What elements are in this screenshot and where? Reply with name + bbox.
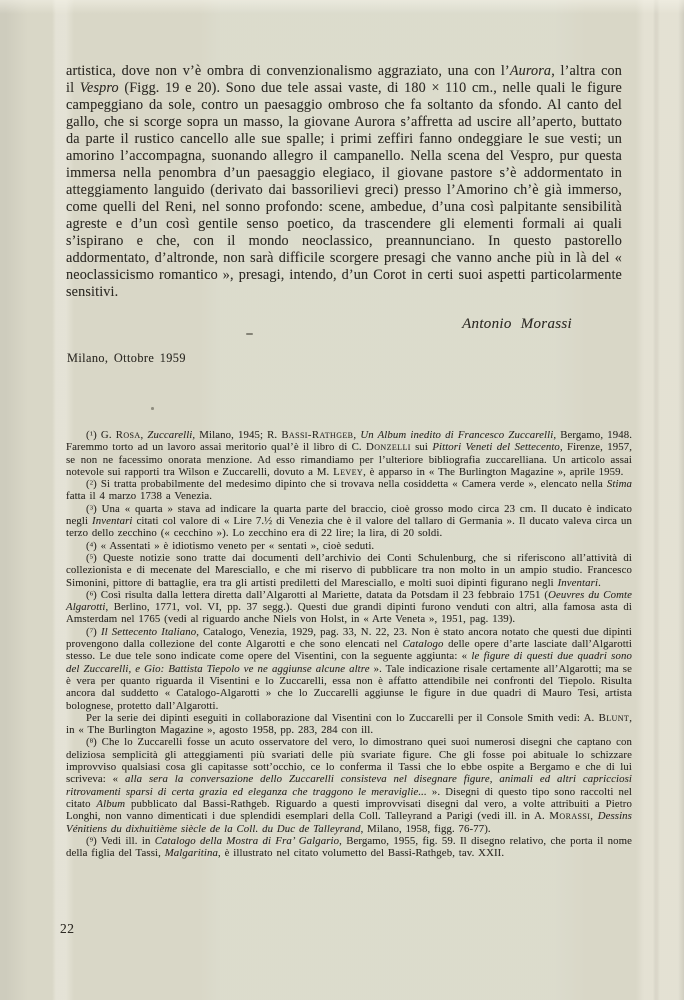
text-segment: Stima	[607, 478, 632, 490]
text-segment: 5	[90, 553, 93, 560]
scan-artifact-dot	[151, 407, 154, 410]
text-segment: 7	[90, 627, 93, 634]
footnote-paragraph: (6) Così risulta dalla lettera diretta d…	[66, 589, 632, 626]
text-segment: Levey	[333, 466, 363, 478]
text-segment: Bassi-Rathgeb	[281, 429, 353, 441]
text-segment: Oeuvres du Comte Algarotti	[66, 589, 632, 613]
text-segment: Blunt	[599, 712, 630, 724]
dateline: Milano, Ottobre 1959	[67, 351, 186, 366]
text-segment: Un Album inedito di Francesco Zuccarelli	[360, 429, 553, 441]
text-segment: Catalogo	[402, 638, 443, 650]
text-segment: alla sera la conversazione dello Zuccare…	[66, 773, 632, 797]
text-segment: 4	[90, 541, 93, 548]
text-segment: 9	[90, 836, 93, 843]
text-segment: Vespro	[80, 80, 119, 96]
text-segment: Pittori Veneti del Settecento	[432, 441, 560, 453]
text-segment: 2	[90, 480, 93, 487]
footnote-paragraph: (4) « Assentati » è idiotismo veneto per…	[66, 540, 632, 552]
text-segment: le figure di questi due quadri sono del …	[66, 650, 632, 674]
text-segment: Album	[96, 798, 125, 810]
text-segment: Aurora	[510, 63, 551, 79]
text-segment: 8	[90, 738, 93, 745]
footnotes-section: (1) G. Rosa, Zuccarelli, Milano, 1945; R…	[66, 429, 632, 859]
author-signature: Antonio Morassi	[66, 316, 572, 333]
book-page-scan: artistica, dove non v’è ombra di convenz…	[0, 0, 684, 1000]
text-segment: Inventari	[92, 515, 132, 527]
text-segment: Il Settecento Italiano	[101, 626, 196, 638]
text-segment: Donzelli	[366, 441, 411, 453]
scan-artifact-dash	[246, 333, 253, 335]
footnote-paragraph: (1) G. Rosa, Zuccarelli, Milano, 1945; R…	[66, 429, 632, 478]
footnote-paragraph: (9) Vedi ill. in Catalogo della Mostra d…	[66, 835, 632, 860]
text-segment: Catalogo della Mostra di Fra’ Galgario	[155, 835, 339, 847]
footnote-paragraph: (3) Una « quarta » stava ad indicare la …	[66, 503, 632, 540]
text-segment: 6	[90, 590, 93, 597]
text-segment: 1	[90, 430, 93, 437]
text-segment: Zuccarelli	[147, 429, 192, 441]
text-segment: Inventari	[558, 577, 598, 589]
text-segment: Morassi	[549, 810, 590, 822]
page-number: 22	[60, 921, 75, 937]
main-paragraph: artistica, dove non v’è ombra di convenz…	[66, 63, 622, 301]
footnote-paragraph: (2) Si tratta probabilmente del medesimo…	[66, 478, 632, 503]
text-segment: Malgaritina	[165, 847, 218, 859]
footnote-paragraph: (8) Che lo Zuccarelli fosse un acuto oss…	[66, 736, 632, 834]
footnote-paragraph: (5) Queste notizie sono tratte dai docum…	[66, 552, 632, 589]
footnote-paragraph: Per la serie dei dipinti eseguiti in col…	[66, 712, 632, 737]
text-segment: Rosa	[116, 429, 141, 441]
footnote-paragraph: (7) Il Settecento Italiano, Catalogo, Ve…	[66, 626, 632, 712]
text-segment: 3	[90, 504, 93, 511]
text-segment: Dessins Vénitiens du dixhuitième siècle …	[66, 810, 632, 834]
